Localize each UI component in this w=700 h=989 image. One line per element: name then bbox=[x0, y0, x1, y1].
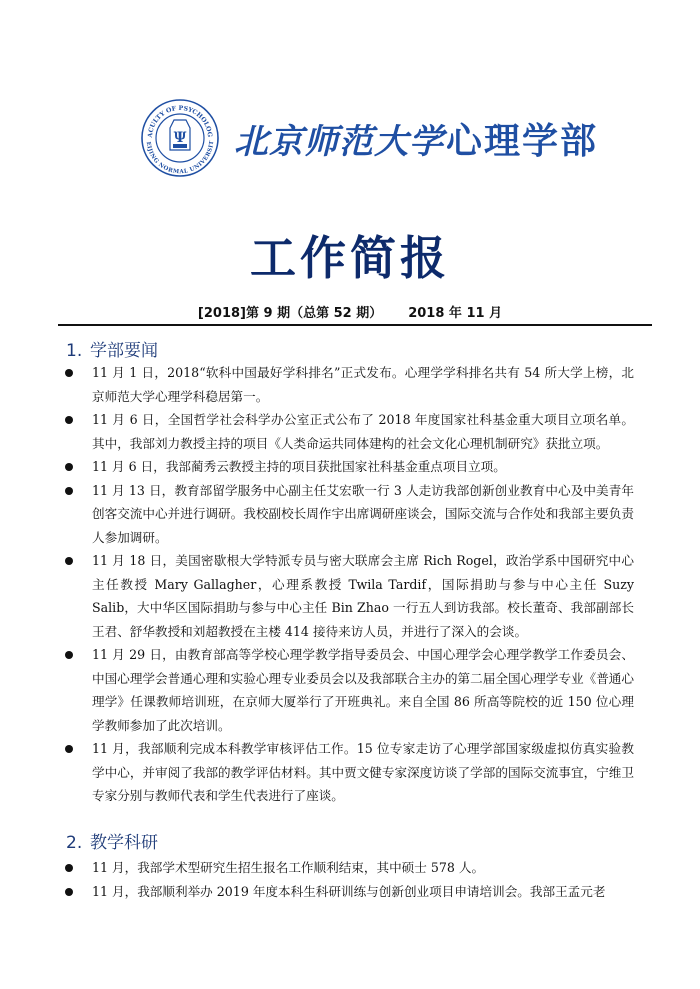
section-heading-teaching-research: 2.教学科研 bbox=[66, 828, 158, 853]
list-item: 11 月 6 日，全国哲学社会科学办公室正式公布了 2018 年度国家社科基金重… bbox=[62, 408, 634, 455]
item-text: 11 月，我部顺利完成本科教学审核评估工作。15 位专家走访了心理学部国家级虚拟… bbox=[92, 741, 634, 803]
bullet-icon bbox=[65, 864, 73, 872]
list-item: 11 月，我部顺利举办 2019 年度本科生科研训练与创新创业项目申请培训会。我… bbox=[62, 880, 634, 904]
university-seal-icon: FACULTY OF PSYCHOLOGY BEIJING NORMAL UNI… bbox=[140, 98, 220, 178]
bullet-icon bbox=[65, 369, 73, 377]
issue-line: [2018]第 9 期（总第 52 期）2018 年 11 月 bbox=[0, 302, 700, 321]
item-text: 11 月 1 日，2018“软科中国最好学科排名”正式发布。心理学学科排名共有 … bbox=[92, 365, 634, 404]
bullet-icon bbox=[65, 487, 73, 495]
section-title: 教学科研 bbox=[90, 833, 158, 853]
bullet-icon bbox=[65, 557, 73, 565]
section-heading-news: 1.学部要闻 bbox=[66, 336, 158, 361]
list-item: 11 月 1 日，2018“软科中国最好学科排名”正式发布。心理学学科排名共有 … bbox=[62, 361, 634, 408]
item-text: 11 月 18 日，美国密歇根大学特派专员与密大联席会主席 Rich Rogel… bbox=[92, 553, 634, 639]
item-text: 11 月 6 日，全国哲学社会科学办公室正式公布了 2018 年度国家社科基金重… bbox=[92, 412, 634, 451]
section-title: 学部要闻 bbox=[90, 341, 158, 361]
bullet-icon bbox=[65, 651, 73, 659]
issue-number: [2018]第 9 期（总第 52 期） bbox=[198, 306, 382, 321]
list-item: 11 月 6 日，我部蔺秀云教授主持的项目获批国家社科基金重点项目立项。 bbox=[62, 455, 634, 479]
issue-date: 2018 年 11 月 bbox=[408, 306, 502, 321]
list-item: 11 月 29 日，由教育部高等学校心理学教学指导委员会、中国心理学会心理学教学… bbox=[62, 643, 634, 737]
document-title: 工作简报 bbox=[0, 222, 700, 288]
teaching-research-list: 11 月，我部学术型研究生招生报名工作顺利结束，其中硕士 578 人。 11 月… bbox=[62, 856, 634, 903]
list-item: 11 月 18 日，美国密歇根大学特派专员与密大联席会主席 Rich Rogel… bbox=[62, 549, 634, 643]
bullet-icon bbox=[65, 745, 73, 753]
list-item: 11 月 13 日，教育部留学服务中心副主任艾宏歌一行 3 人走访我部创新创业教… bbox=[62, 479, 634, 550]
university-name: 北京师范大学 bbox=[234, 114, 444, 163]
list-item: 11 月，我部学术型研究生招生报名工作顺利结束，其中硕士 578 人。 bbox=[62, 856, 634, 880]
section-number: 2. bbox=[66, 833, 90, 853]
header-divider bbox=[58, 324, 652, 326]
logo-wordmark: 北京师范大学 心理学部 bbox=[234, 113, 598, 164]
item-text: 11 月，我部顺利举办 2019 年度本科生科研训练与创新创业项目申请培训会。我… bbox=[92, 884, 605, 899]
svg-text:Ψ: Ψ bbox=[174, 130, 187, 146]
item-text: 11 月 29 日，由教育部高等学校心理学教学指导委员会、中国心理学会心理学教学… bbox=[92, 647, 634, 733]
list-item: 11 月，我部顺利完成本科教学审核评估工作。15 位专家走访了心理学部国家级虚拟… bbox=[62, 737, 634, 808]
bullet-icon bbox=[65, 888, 73, 896]
item-text: 11 月 13 日，教育部留学服务中心副主任艾宏歌一行 3 人走访我部创新创业教… bbox=[92, 483, 634, 545]
item-text: 11 月 6 日，我部蔺秀云教授主持的项目获批国家社科基金重点项目立项。 bbox=[92, 459, 506, 474]
bullet-icon bbox=[65, 463, 73, 471]
bullet-icon bbox=[65, 416, 73, 424]
item-text: 11 月，我部学术型研究生招生报名工作顺利结束，其中硕士 578 人。 bbox=[92, 860, 484, 875]
news-list: 11 月 1 日，2018“软科中国最好学科排名”正式发布。心理学学科排名共有 … bbox=[62, 361, 634, 808]
section-number: 1. bbox=[66, 341, 90, 361]
department-name: 心理学部 bbox=[446, 113, 598, 164]
department-logo: FACULTY OF PSYCHOLOGY BEIJING NORMAL UNI… bbox=[140, 98, 598, 178]
